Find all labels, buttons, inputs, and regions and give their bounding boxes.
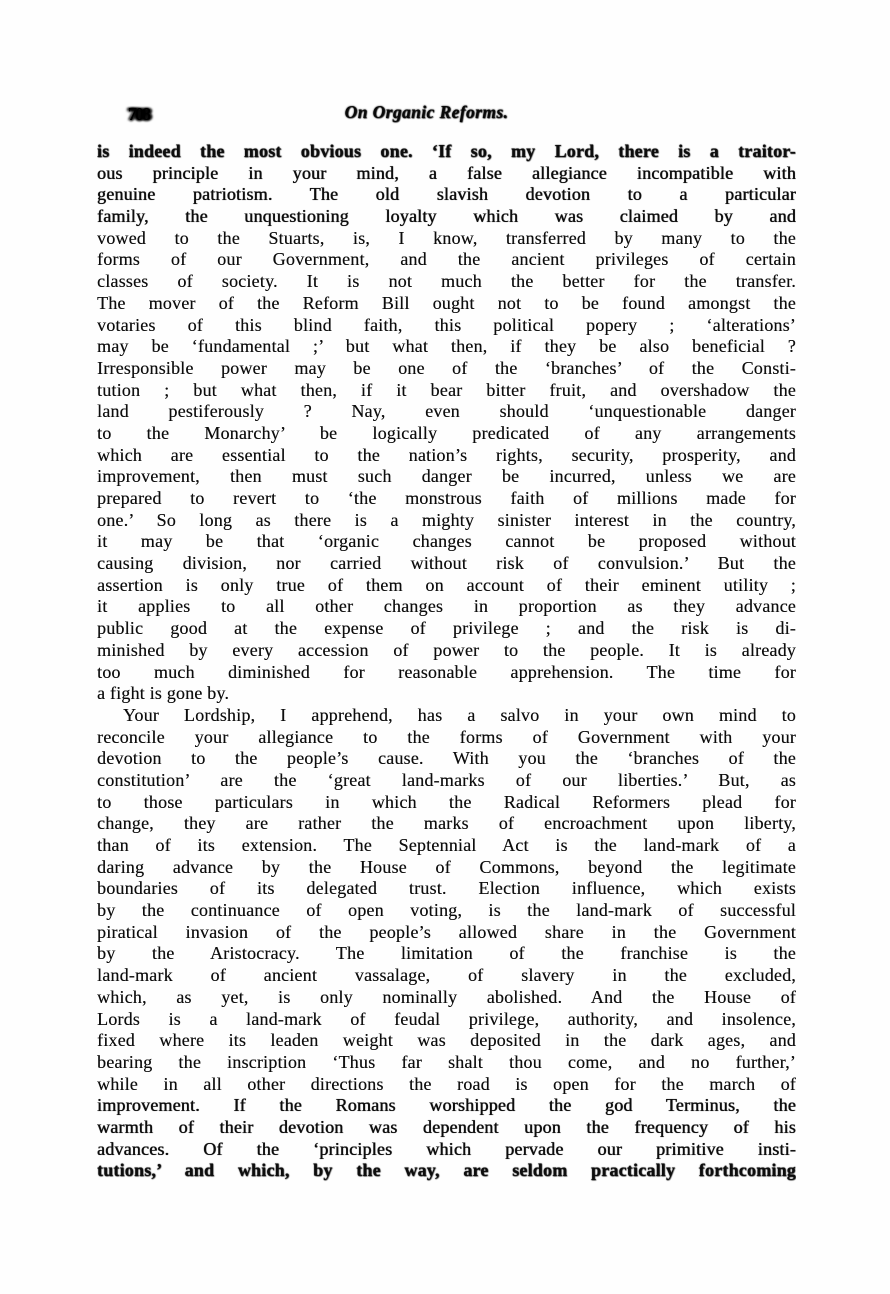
paragraph: Your Lordship, I apprehend, has a salvo … — [97, 705, 796, 1182]
text-line: Irresponsible power may be one of the ‘b… — [97, 358, 796, 380]
text-line: votaries of this blind faith, this polit… — [97, 315, 796, 337]
text-line: improvement. If the Romans worshipped th… — [97, 1095, 796, 1117]
text-line: by the Aristocracy. The limitation of th… — [97, 943, 796, 965]
text-line: constitution’ are the ‘great land-marks … — [97, 770, 796, 792]
text-line: while in all other directions the road i… — [97, 1074, 796, 1096]
text-line: it applies to all other changes in propo… — [97, 596, 796, 618]
text-line: tution ; but what then, if it bear bitte… — [97, 380, 796, 402]
text-line: reconcile your allegiance to the forms o… — [97, 727, 796, 749]
text-line: land pestiferously ? Nay, even should ‘u… — [97, 401, 796, 423]
text-line: daring advance by the House of Commons, … — [97, 857, 796, 879]
text-line: public good at the expense of privilege … — [97, 618, 796, 640]
text-line: which are essential to the nation’s righ… — [97, 445, 796, 467]
text-line: land-mark of ancient vassalage, of slave… — [97, 965, 796, 987]
text-line: forms of our Government, and the ancient… — [97, 249, 796, 271]
text-line: too much diminished for reasonable appre… — [97, 662, 796, 684]
running-title: On Organic Reforms. — [97, 102, 756, 123]
text-line: vowed to the Stuarts, is, I know, transf… — [97, 228, 796, 250]
text-line: bearing the inscription ‘Thus far shalt … — [97, 1052, 796, 1074]
text-line: than of its extension. The Septennial Ac… — [97, 835, 796, 857]
text-line: minished by every accession of power to … — [97, 640, 796, 662]
text-line: tutions,’ and which, by the way, are sel… — [97, 1160, 796, 1182]
text-line: genuine patriotism. The old slavish devo… — [97, 184, 796, 206]
text-line: may be ‘fundamental ;’ but what then, if… — [97, 336, 796, 358]
running-header: 708 On Organic Reforms. — [97, 102, 796, 128]
text-line: to those particulars in which the Radica… — [97, 792, 796, 814]
paragraph: is indeed the most obvious one. ‘If so, … — [97, 141, 796, 705]
text-line: is indeed the most obvious one. ‘If so, … — [97, 141, 796, 163]
text-line: advances. Of the ‘principles which perva… — [97, 1139, 796, 1161]
text-line: family, the unquestioning loyalty which … — [97, 206, 796, 228]
text-line: change, they are rather the marks of enc… — [97, 813, 796, 835]
text-line: one.’ So long as there is a mighty sinis… — [97, 510, 796, 532]
text-line: Your Lordship, I apprehend, has a salvo … — [97, 705, 796, 727]
text-line: causing division, nor carried without ri… — [97, 553, 796, 575]
text-line: Lords is a land-mark of feudal privilege… — [97, 1009, 796, 1031]
text-line: warmth of their devotion was dependent u… — [97, 1117, 796, 1139]
text-line: piratical invasion of the people’s allow… — [97, 922, 796, 944]
text-line: prepared to revert to ‘the monstrous fai… — [97, 488, 796, 510]
text-line: fixed where its leaden weight was deposi… — [97, 1030, 796, 1052]
text-line: assertion is only true of them on accoun… — [97, 575, 796, 597]
text-line: devotion to the people’s cause. With you… — [97, 748, 796, 770]
text-line: a fight is gone by. — [97, 683, 796, 705]
text-line: which, as yet, is only nominally abolish… — [97, 987, 796, 1009]
text-line: it may be that ‘organic changes cannot b… — [97, 531, 796, 553]
page-body: is indeed the most obvious one. ‘If so, … — [97, 141, 796, 1182]
scanned-book-page: 708 On Organic Reforms. is indeed the mo… — [0, 0, 890, 1294]
text-line: by the continuance of open voting, is th… — [97, 900, 796, 922]
text-line: The mover of the Reform Bill ought not t… — [97, 293, 796, 315]
text-line: improvement, then must such danger be in… — [97, 466, 796, 488]
text-line: to the Monarchy’ be logically predicated… — [97, 423, 796, 445]
text-line: ous principle in your mind, a false alle… — [97, 163, 796, 185]
text-line: classes of society. It is not much the b… — [97, 271, 796, 293]
text-line: boundaries of its delegated trust. Elect… — [97, 878, 796, 900]
